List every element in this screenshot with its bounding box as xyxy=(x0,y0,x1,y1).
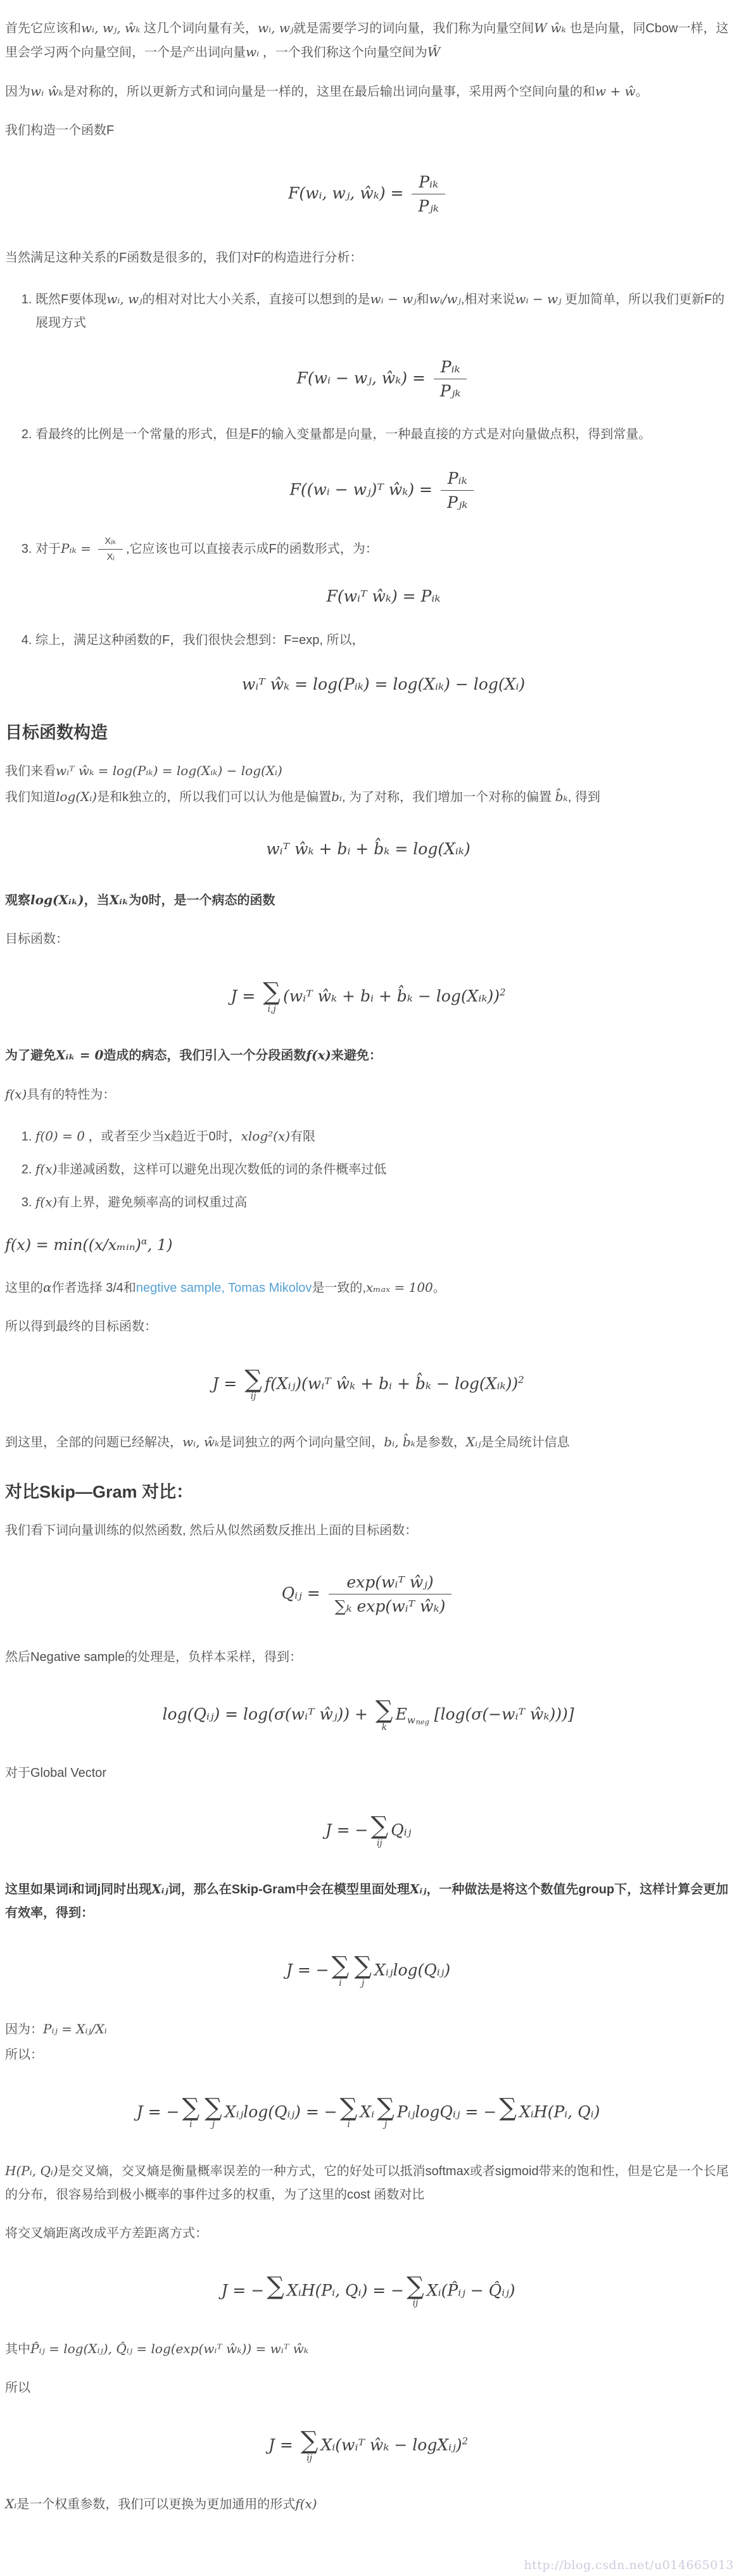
blog-article: 首先它应该和wᵢ, wⱼ, ŵₖ 这几个词向量有关，wᵢ, wⱼ就是需要学习的词… xyxy=(0,0,739,2576)
paragraph-so: 所以 xyxy=(5,2377,731,2400)
paragraph-therefore: 所以： xyxy=(5,2043,731,2067)
paragraph-cross-entropy-explanation: H(Pᵢ, Qᵢ)是交叉熵，交叉熵是衡量概率误差的一种方式，它的好处可以抵消so… xyxy=(5,2159,731,2207)
paragraph-because-pij: 因为：Pᵢⱼ = Xᵢⱼ/Xᵢ xyxy=(5,2017,731,2042)
paragraph-alpha-choice: 这里的α作者选择 3/4和negtive sample, Tomas Mikol… xyxy=(5,1276,731,1300)
paragraph-squared-distance-label: 将交叉熵距离改成平方差距离方式： xyxy=(5,2222,731,2245)
paragraph-phat-qhat-definitions: 其中P̂ᵢⱼ = log(Xᵢⱼ), Q̂ᵢⱼ = log(exp(wᵢᵀ ŵₖ… xyxy=(5,2337,731,2361)
paragraph-group-xij: 这里如果词i和词j同时出现Xᵢⱼ词，那么在Skip-Gram中会在模型里面处理X… xyxy=(5,1878,731,1925)
paragraph-recall-formula: 我们来看wᵢᵀ ŵₖ = log(Pᵢₖ) = log(Xᵢₖ) − log(X… xyxy=(5,759,731,783)
text-after-link: 是一致的,xₘₐₓ = 100。 xyxy=(312,1281,445,1295)
paragraph-bias-explanation: 我们知道log(Xᵢ)是和k独立的，所以我们可以认为他是偏置bᵢ, 为了对称，我… xyxy=(5,785,731,809)
formula-squared-distance: J = −∑XᵢH(Pᵢ, Qᵢ) = −∑ijXᵢ(P̂ᵢⱼ − Q̂ᵢⱼ) xyxy=(5,2275,731,2309)
csdn-watermark: http://blog.csdn.net/u014665013 xyxy=(524,2558,734,2572)
paragraph-avoid-pathology: 为了避免Xᵢₖ = 0造成的病态，我们引入一个分段函数f(x)来避免： xyxy=(5,1044,731,1068)
paragraph-construct-f: 我们构造一个函数F xyxy=(5,119,731,142)
list-item-2: 看最终的比例是一个常量的形式，但是F的输入变量都是向量，一种最直接的方式是对向量… xyxy=(35,423,731,514)
list-item-1-text: 既然F要体现wᵢ, wⱼ的相对对比大小关系，直接可以想到的是wᵢ − wⱼ和wᵢ… xyxy=(35,293,724,330)
list-item-1: 既然F要体现wᵢ, wⱼ的相对对比大小关系，直接可以想到的是wᵢ − wⱼ和wᵢ… xyxy=(35,287,731,402)
fx-property-3-text: f(x)有上界，避免频率高的词权重过高 xyxy=(35,1196,247,1209)
paragraph-fx-properties-label: f(x)具有的特性为： xyxy=(5,1083,731,1107)
formula-final-j-xi: J = ∑ijXᵢ(wᵢᵀ ŵₖ − logXᵢⱼ)2 xyxy=(5,2429,731,2463)
paragraph-analysis-intro: 当然满足这种关系的F函数是很多的，我们对F的构造进行分析： xyxy=(5,246,731,270)
formula-f-dot-product: F((wᵢ − wⱼ)ᵀ ŵₖ) = PᵢₖPⱼₖ xyxy=(35,468,731,514)
paragraph-negative-sample: 然后Negative sample的处理是，负样本采样，得到： xyxy=(5,1646,731,1669)
fx-property-3: f(x)有上界，避免频率高的词权重过高 xyxy=(35,1190,731,1215)
fx-property-1-text: f(0) = 0 ，或者至少当x趋近于0时，xlog²(x)有限 xyxy=(35,1130,315,1144)
paragraph-problem-solved: 到这里，全部的问题已经解决，wᵢ, ŵₖ是词独立的两个词向量空间，bᵢ, b̂ₖ… xyxy=(5,1430,731,1455)
formula-f-definition: F(wᵢ, wⱼ, ŵₖ) = PᵢₖPⱼₖ xyxy=(5,172,731,217)
formula-with-bias: wᵢᵀ ŵₖ + bᵢ + b̂ₖ = log(Xᵢₖ) xyxy=(5,838,731,860)
formula-cross-entropy-chain: J = −∑i∑jXᵢⱼlog(Qᵢⱼ) = −∑iXᵢ∑jPᵢⱼlogQᵢⱼ … xyxy=(5,2096,731,2130)
section-heading-objective-function: 目标函数构造 xyxy=(5,722,731,744)
list-item-2-text: 看最终的比例是一个常量的形式，但是F的输入变量都是向量，一种最直接的方式是对向量… xyxy=(35,427,651,441)
list-item-4: 综上，满足这种函数的F，我们很快会想到：F=exp, 所以， wᵢᵀ ŵₖ = … xyxy=(35,629,731,695)
paragraph-intro-vectors: 首先它应该和wᵢ, wⱼ, ŵₖ 这几个词向量有关，wᵢ, wⱼ就是需要学习的词… xyxy=(5,16,731,65)
paragraph-because-group: 因为：Pᵢⱼ = Xᵢⱼ/Xᵢ 所以： xyxy=(5,2017,731,2067)
list-item-4-text: 综上，满足这种函数的F，我们很快会想到：F=exp, 所以， xyxy=(35,633,364,647)
paragraph-final-objective-label: 所以得到最终的目标函数： xyxy=(5,1315,731,1339)
formula-final-objective: J = ∑ijf(Xᵢⱼ)(wᵢᵀ ŵₖ + bᵢ + b̂ₖ − log(Xᵢ… xyxy=(5,1368,731,1402)
fx-properties-list: f(0) = 0 ，或者至少当x趋近于0时，xlog²(x)有限 f(x)非递减… xyxy=(5,1125,731,1215)
paragraph-likelihood-intro: 我们看下词向量训练的似然函数, 然后从似然函数反推出上面的目标函数： xyxy=(5,1519,731,1543)
paragraph-global-vector: 对于Global Vector xyxy=(5,1762,731,1785)
formula-f-difference: F(wᵢ − wⱼ, ŵₖ) = PᵢₖPⱼₖ xyxy=(35,357,731,402)
formula-log-pik: wᵢᵀ ŵₖ = log(Pᵢₖ) = log(Xᵢₖ) − log(Xᵢ) xyxy=(35,674,731,695)
list-item-3: 对于Pᵢₖ = XᵢₖXᵢ,它应该也可以直接表示成F的函数形式，为： F(wᵢᵀ… xyxy=(35,535,731,607)
analysis-list: 既然F要体现wᵢ, wⱼ的相对对比大小关系，直接可以想到的是wᵢ − wⱼ和wᵢ… xyxy=(5,287,731,695)
formula-j-xij-log-qij: J = −∑i∑jXᵢⱼlog(Qᵢⱼ) xyxy=(5,1954,731,1988)
paragraph-symmetry: 因为wᵢ ŵₖ是对称的，所以更新方式和词向量是一样的，这里在最后输出词向量事，采… xyxy=(5,80,731,104)
fx-property-2-text: f(x)非递减函数，这样可以避免出现次数低的词的条件概率过低 xyxy=(35,1163,386,1177)
formula-f-pik: F(wᵢᵀ ŵₖ) = Pᵢₖ xyxy=(35,586,731,607)
text-before-link: 这里的α作者选择 3/4和 xyxy=(5,1281,136,1295)
formula-log-qij-negative-sample: log(Qᵢⱼ) = log(σ(wᵢᵀ ŵⱼ)) + ∑kEwneg [log… xyxy=(5,1698,731,1733)
negative-sample-mikolov-link[interactable]: negtive sample, Tomas Mikolov xyxy=(136,1281,312,1295)
fx-property-2: f(x)非递减函数，这样可以避免出现次数低的词的条件概率过低 xyxy=(35,1158,731,1182)
paragraph-xi-weight-note: Xᵢ是一个权重参数，我们可以更换为更加通用的形式f(x) xyxy=(5,2492,731,2516)
formula-j-sum-qij: J = −∑ijQᵢⱼ xyxy=(5,1814,731,1848)
paragraph-bias-group: 我们来看wᵢᵀ ŵₖ = log(Pᵢₖ) = log(Xᵢₖ) − log(X… xyxy=(5,759,731,809)
list-item-3-text: 对于Pᵢₖ = XᵢₖXᵢ,它应该也可以直接表示成F的函数形式，为： xyxy=(35,542,378,556)
formula-softmax-qij: Qᵢⱼ = exp(wᵢᵀ ŵⱼ)∑ₖ exp(wᵢᵀ ŵₖ) xyxy=(5,1572,731,1617)
formula-weight-function: f(x) = min((x/xₘᵢₙ)α, 1) xyxy=(5,1235,731,1255)
paragraph-pathological-note: 观察log(Xᵢₖ)，当Xᵢₖ为0时，是一个病态的函数 xyxy=(5,888,731,912)
paragraph-objective-label: 目标函数： xyxy=(5,928,731,951)
fx-property-1: f(0) = 0 ，或者至少当x趋近于0时，xlog²(x)有限 xyxy=(35,1125,731,1149)
section-heading-skipgram-compare: 对比Skip—Gram 对比： xyxy=(5,1481,731,1503)
formula-objective-j: J = ∑i,j(wᵢᵀ ŵₖ + bᵢ + b̂ₖ − log(Xᵢₖ))2 xyxy=(5,980,731,1014)
